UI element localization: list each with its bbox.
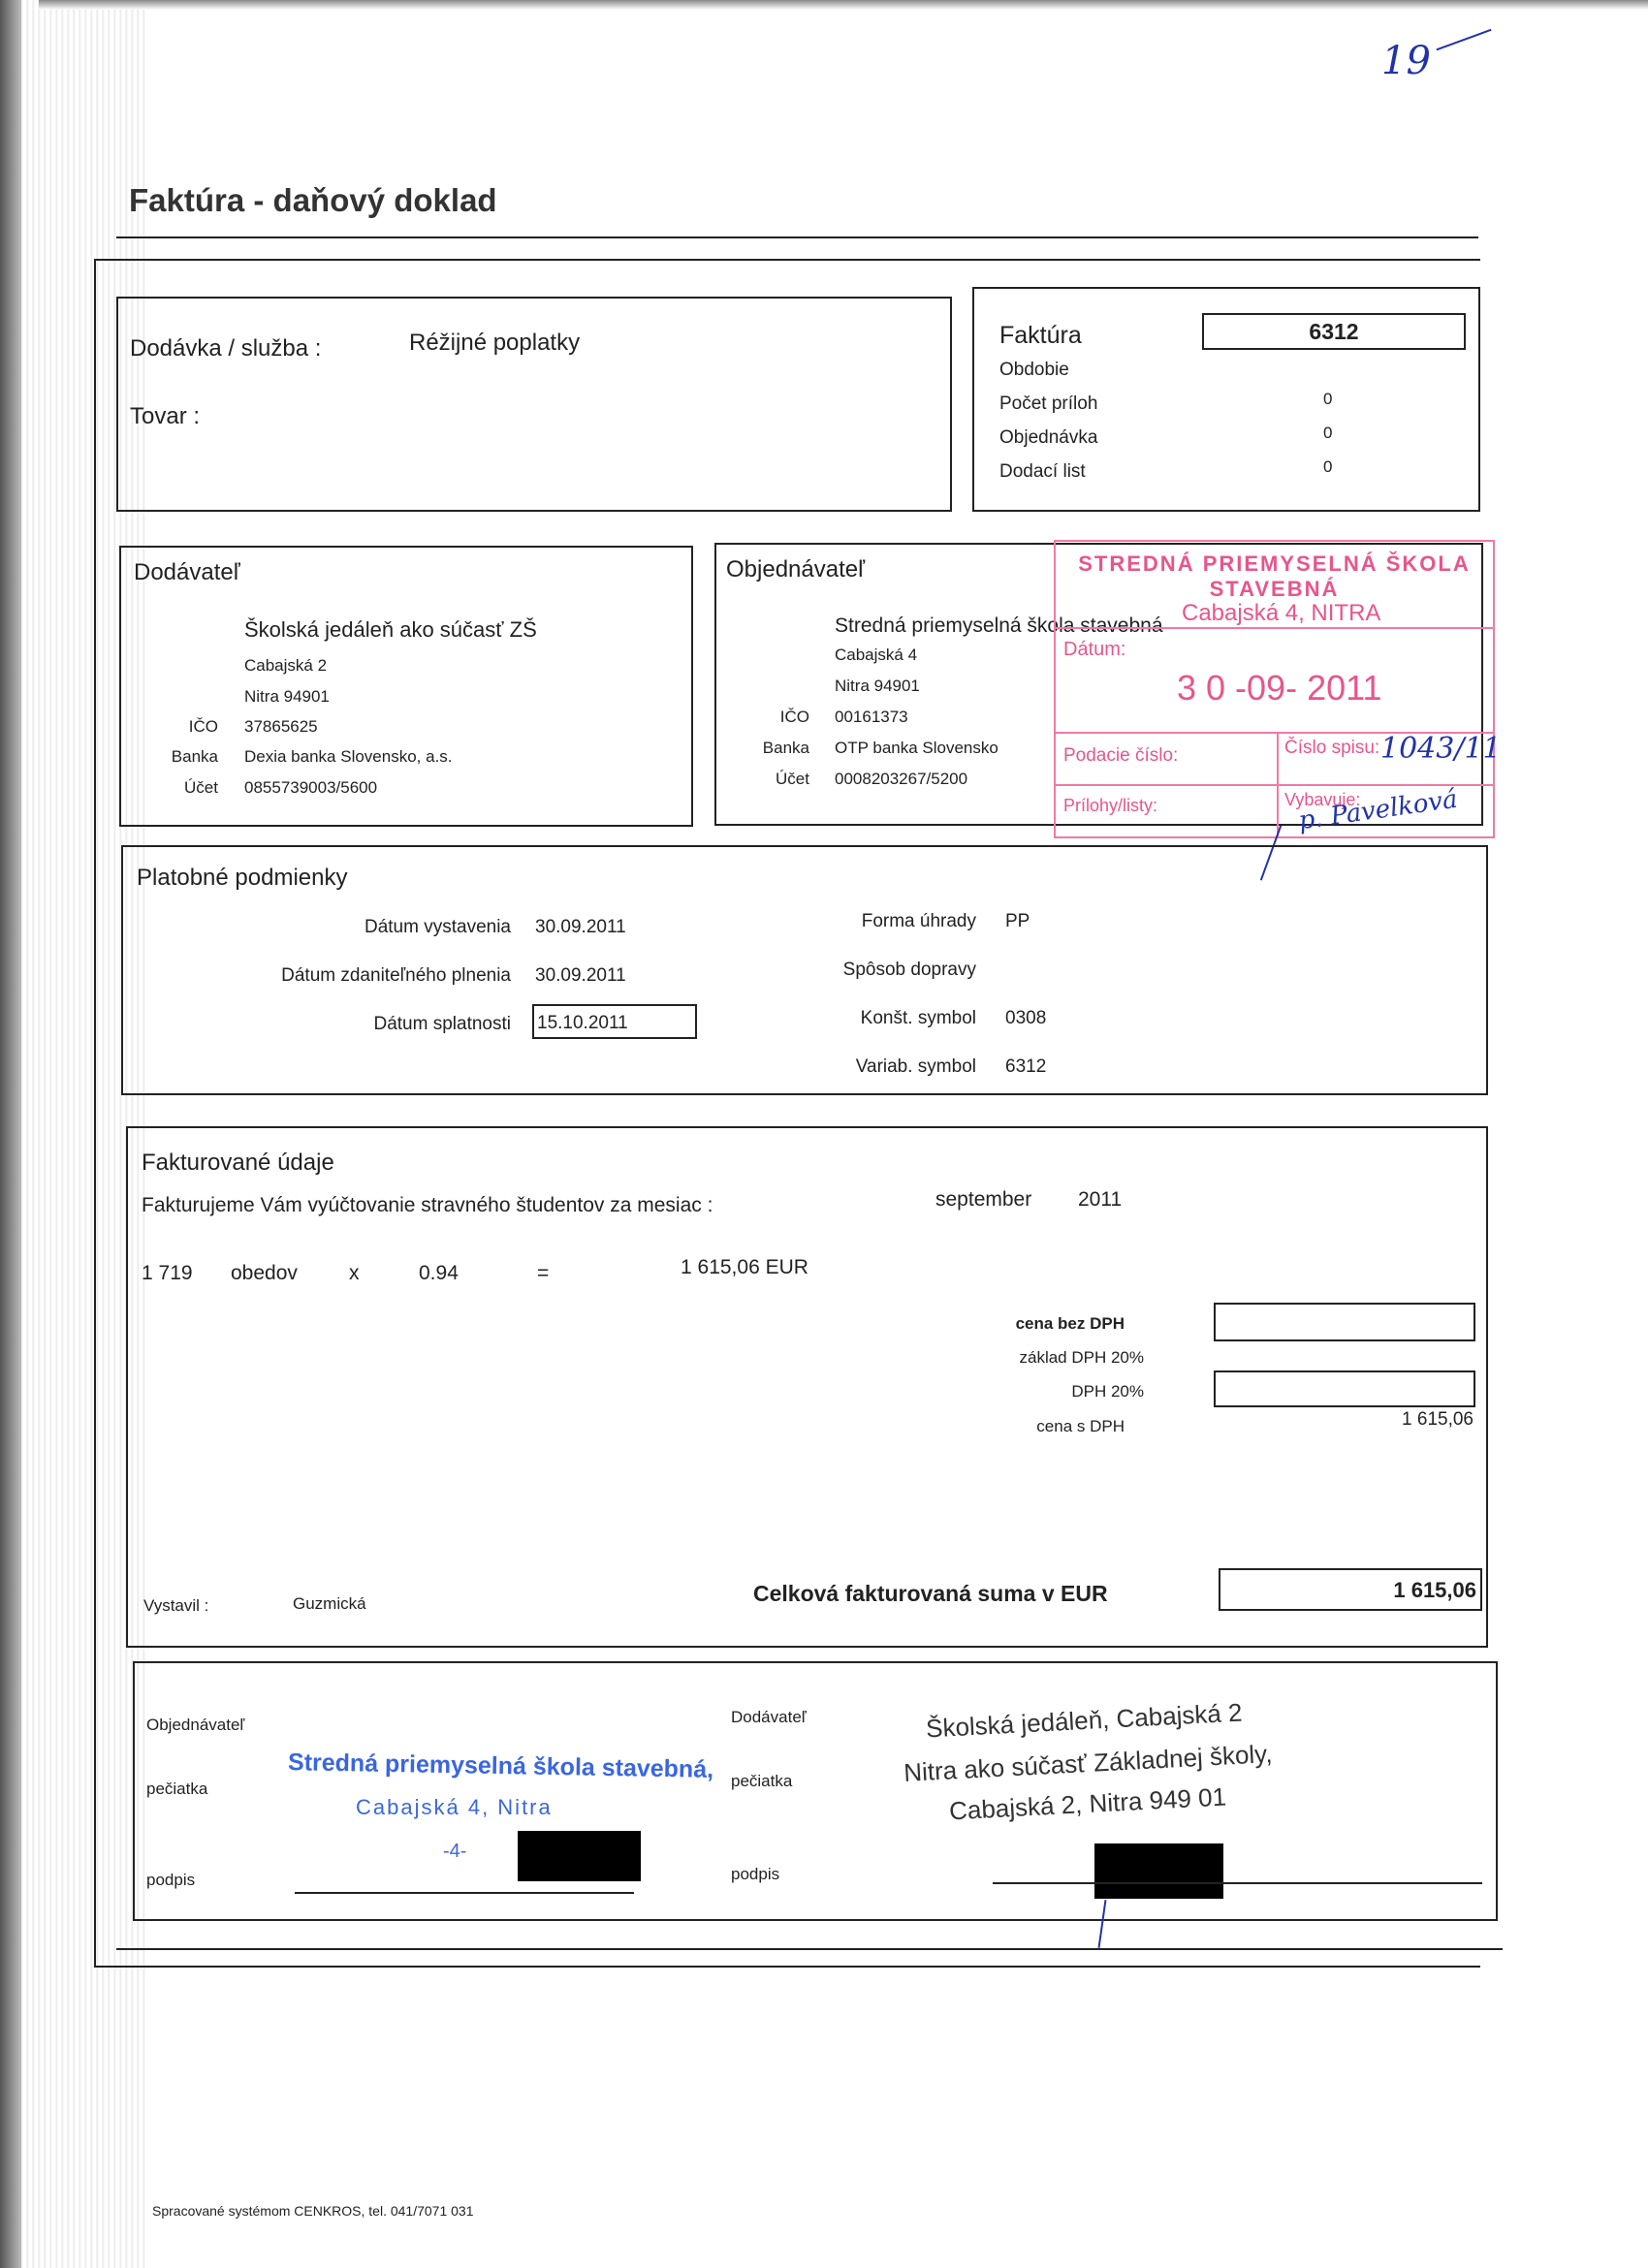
supplier-section: Dodávateľ Školská jedáleň ako súčasť ZŠ … bbox=[119, 546, 693, 827]
supplier-street: Cabajská 2 bbox=[244, 656, 327, 676]
supplier-bank: Dexia banka Slovensko, a.s. bbox=[244, 747, 453, 767]
price-with-vat: 1 615,06 bbox=[1194, 1409, 1474, 1431]
supplier-account: 0855739003/5600 bbox=[244, 778, 377, 798]
line-quantity: 1 719 bbox=[142, 1262, 193, 1285]
customer-stamp-line1: Stredná priemyselná škola stavebná, bbox=[288, 1748, 714, 1784]
supplier-signature-line bbox=[993, 1882, 1482, 1884]
supplier-account-label: Účet bbox=[121, 778, 218, 798]
customer-heading: Objednávateľ bbox=[726, 556, 865, 583]
attachments-count-value: 0 bbox=[1323, 390, 1332, 409]
supplier-stamp-line3: Cabajská 2, Nitra 949 01 bbox=[948, 1782, 1226, 1827]
issue-date: 30.09.2011 bbox=[535, 917, 626, 938]
attachments-count-label: Počet príloh bbox=[999, 394, 1097, 415]
invoice-info-section: Faktúra 6312 Obdobie Počet príloh 0 Obje… bbox=[972, 287, 1480, 512]
customer-city: Nitra 94901 bbox=[835, 677, 920, 696]
scan-edge-shadow bbox=[0, 0, 21, 2268]
customer-account-label: Účet bbox=[716, 770, 809, 789]
supplier-city: Nitra 94901 bbox=[244, 687, 330, 707]
customer-signature-label: Objednávateľ bbox=[146, 1716, 244, 1735]
order-label: Objednávka bbox=[999, 427, 1097, 449]
const-symbol-label: Konšt. symbol bbox=[705, 1008, 976, 1029]
issue-date-label: Dátum vystavenia bbox=[123, 917, 511, 938]
line-total: 1 615,06 EUR bbox=[681, 1256, 808, 1279]
grand-total: 1 615,06 bbox=[1220, 1578, 1476, 1603]
customer-signature-line bbox=[295, 1892, 634, 1894]
goods-label: Tovar : bbox=[130, 403, 200, 430]
payment-terms-heading: Platobné podmienky bbox=[137, 865, 347, 892]
page-title: Faktúra - daňový doklad bbox=[129, 182, 497, 219]
due-date: 15.10.2011 bbox=[537, 1013, 628, 1034]
service-value: Réžijné poplatky bbox=[409, 330, 580, 357]
issued-by: Guzmická bbox=[293, 1594, 366, 1614]
customer-bank: OTP banka Slovensko bbox=[835, 739, 998, 758]
invoice-number: 6312 bbox=[1204, 319, 1464, 345]
supplier-sign-label: podpis bbox=[731, 1865, 779, 1884]
line-times: x bbox=[349, 1262, 360, 1285]
customer-account: 0008203267/5200 bbox=[835, 770, 967, 789]
redacted-supplier-signature bbox=[1094, 1843, 1223, 1899]
stamp-attachments-label: Prílohy/listy: bbox=[1063, 796, 1157, 816]
scan-top-edge bbox=[39, 0, 1648, 10]
customer-stamp-line2: Cabajská 4, Nitra bbox=[356, 1795, 553, 1820]
invoice-number-field: 6312 bbox=[1202, 313, 1466, 350]
price-without-vat-field bbox=[1214, 1303, 1475, 1341]
customer-sign-label: podpis bbox=[146, 1871, 195, 1890]
due-date-field: 15.10.2011 bbox=[532, 1004, 697, 1039]
stamp-date-label: Dátum: bbox=[1063, 639, 1125, 661]
payment-terms-section: Platobné podmienky Dátum vystavenia 30.0… bbox=[121, 845, 1488, 1095]
grand-total-label: Celková fakturovaná suma v EUR bbox=[753, 1581, 1108, 1607]
receipt-stamp-line2: STAVEBNÁ bbox=[1056, 577, 1493, 602]
footer-note: Spracované systémom CENKROS, tel. 041/70… bbox=[152, 2203, 474, 2219]
due-date-label: Dátum splatnosti bbox=[123, 1014, 511, 1035]
billing-section: Fakturované údaje Fakturujeme Vám vyúčto… bbox=[126, 1126, 1488, 1648]
stamp-divider bbox=[1056, 784, 1493, 786]
signatures-section: Objednávateľ pečiatka podpis Stredná pri… bbox=[133, 1661, 1498, 1921]
billing-month: september bbox=[935, 1188, 1031, 1212]
line-unit-price: 0.94 bbox=[419, 1262, 459, 1285]
customer-ico-label: IČO bbox=[716, 708, 809, 727]
supplier-ico-label: IČO bbox=[121, 717, 218, 737]
line-unit: obedov bbox=[231, 1262, 298, 1285]
supplier-stamp-line2: Nitra ako súčasť Základnej školy, bbox=[903, 1739, 1273, 1788]
transport-label: Spôsob dopravy bbox=[705, 960, 976, 981]
issued-by-label: Vystavil : bbox=[143, 1596, 208, 1616]
supplier-stamp-line1: Školská jedáleň, Cabajská 2 bbox=[925, 1697, 1243, 1744]
customer-stamp-line3: -4- bbox=[443, 1841, 466, 1863]
billing-description: Fakturujeme Vám vyúčtovanie stravného št… bbox=[142, 1194, 713, 1217]
price-with-vat-label: cena s DPH bbox=[807, 1417, 1125, 1436]
supplier-bank-label: Banka bbox=[121, 747, 218, 767]
grand-total-field: 1 615,06 bbox=[1219, 1568, 1482, 1611]
supplier-name: Školská jedáleň ako súčasť ZŠ bbox=[244, 617, 537, 643]
supplier-stamp-label: pečiatka bbox=[731, 1772, 792, 1791]
order-value: 0 bbox=[1323, 424, 1332, 443]
supplier-ico: 37865625 bbox=[244, 717, 318, 737]
var-symbol: 6312 bbox=[1005, 1056, 1046, 1078]
delivery-section: Dodávka / služba : Réžijné poplatky Tova… bbox=[116, 297, 952, 512]
receipt-stamp-line3: Cabajská 4, NITRA bbox=[1182, 600, 1380, 627]
supplier-signature-label: Dodávateľ bbox=[731, 1708, 807, 1727]
price-without-vat-label: cena bez DPH bbox=[807, 1314, 1125, 1334]
delivery-note-label: Dodací list bbox=[999, 461, 1086, 483]
stamp-divider bbox=[1056, 627, 1493, 629]
customer-stamp-label: pečiatka bbox=[146, 1780, 207, 1799]
delivery-note-value: 0 bbox=[1323, 457, 1332, 477]
period-label: Obdobie bbox=[999, 360, 1069, 381]
line-equals: = bbox=[537, 1262, 549, 1285]
invoice-label: Faktúra bbox=[999, 322, 1082, 350]
stamp-file-number-label: Číslo spisu: bbox=[1284, 738, 1379, 759]
handwritten-page-number: 19 bbox=[1381, 39, 1431, 83]
customer-street: Cabajská 4 bbox=[835, 646, 917, 665]
receipt-stamp: STREDNÁ PRIEMYSELNÁ ŠKOLA STAVEBNÁ Cabaj… bbox=[1054, 540, 1495, 838]
customer-ico: 00161373 bbox=[835, 708, 908, 727]
vat-field bbox=[1214, 1370, 1475, 1407]
payment-form: PP bbox=[1005, 911, 1030, 932]
redacted-customer-signature bbox=[518, 1831, 641, 1881]
vat-label: DPH 20% bbox=[807, 1382, 1144, 1402]
bottom-rule bbox=[116, 1948, 1503, 1950]
var-symbol-label: Variab. symbol bbox=[705, 1056, 976, 1078]
vat-base-label: základ DPH 20% bbox=[807, 1348, 1144, 1368]
stamp-filing-number-label: Podacie číslo: bbox=[1063, 745, 1178, 767]
const-symbol: 0308 bbox=[1005, 1008, 1046, 1029]
supplier-heading: Dodávateľ bbox=[134, 559, 240, 586]
stamp-file-number-value: 1043/11 bbox=[1380, 732, 1502, 766]
handwritten-mark bbox=[1436, 29, 1491, 50]
billing-heading: Fakturované údaje bbox=[142, 1150, 334, 1177]
receipt-stamp-line1: STREDNÁ PRIEMYSELNÁ ŠKOLA bbox=[1056, 551, 1493, 577]
billing-year: 2011 bbox=[1078, 1188, 1122, 1212]
tax-date: 30.09.2011 bbox=[535, 965, 626, 987]
title-underline bbox=[116, 236, 1478, 238]
service-label: Dodávka / služba : bbox=[130, 335, 321, 362]
tax-date-label: Dátum zdaniteľného plnenia bbox=[123, 965, 511, 987]
customer-bank-label: Banka bbox=[716, 739, 809, 758]
stamp-date-value: 3 0 -09- 2011 bbox=[1177, 668, 1381, 709]
payment-form-label: Forma úhrady bbox=[705, 911, 976, 932]
